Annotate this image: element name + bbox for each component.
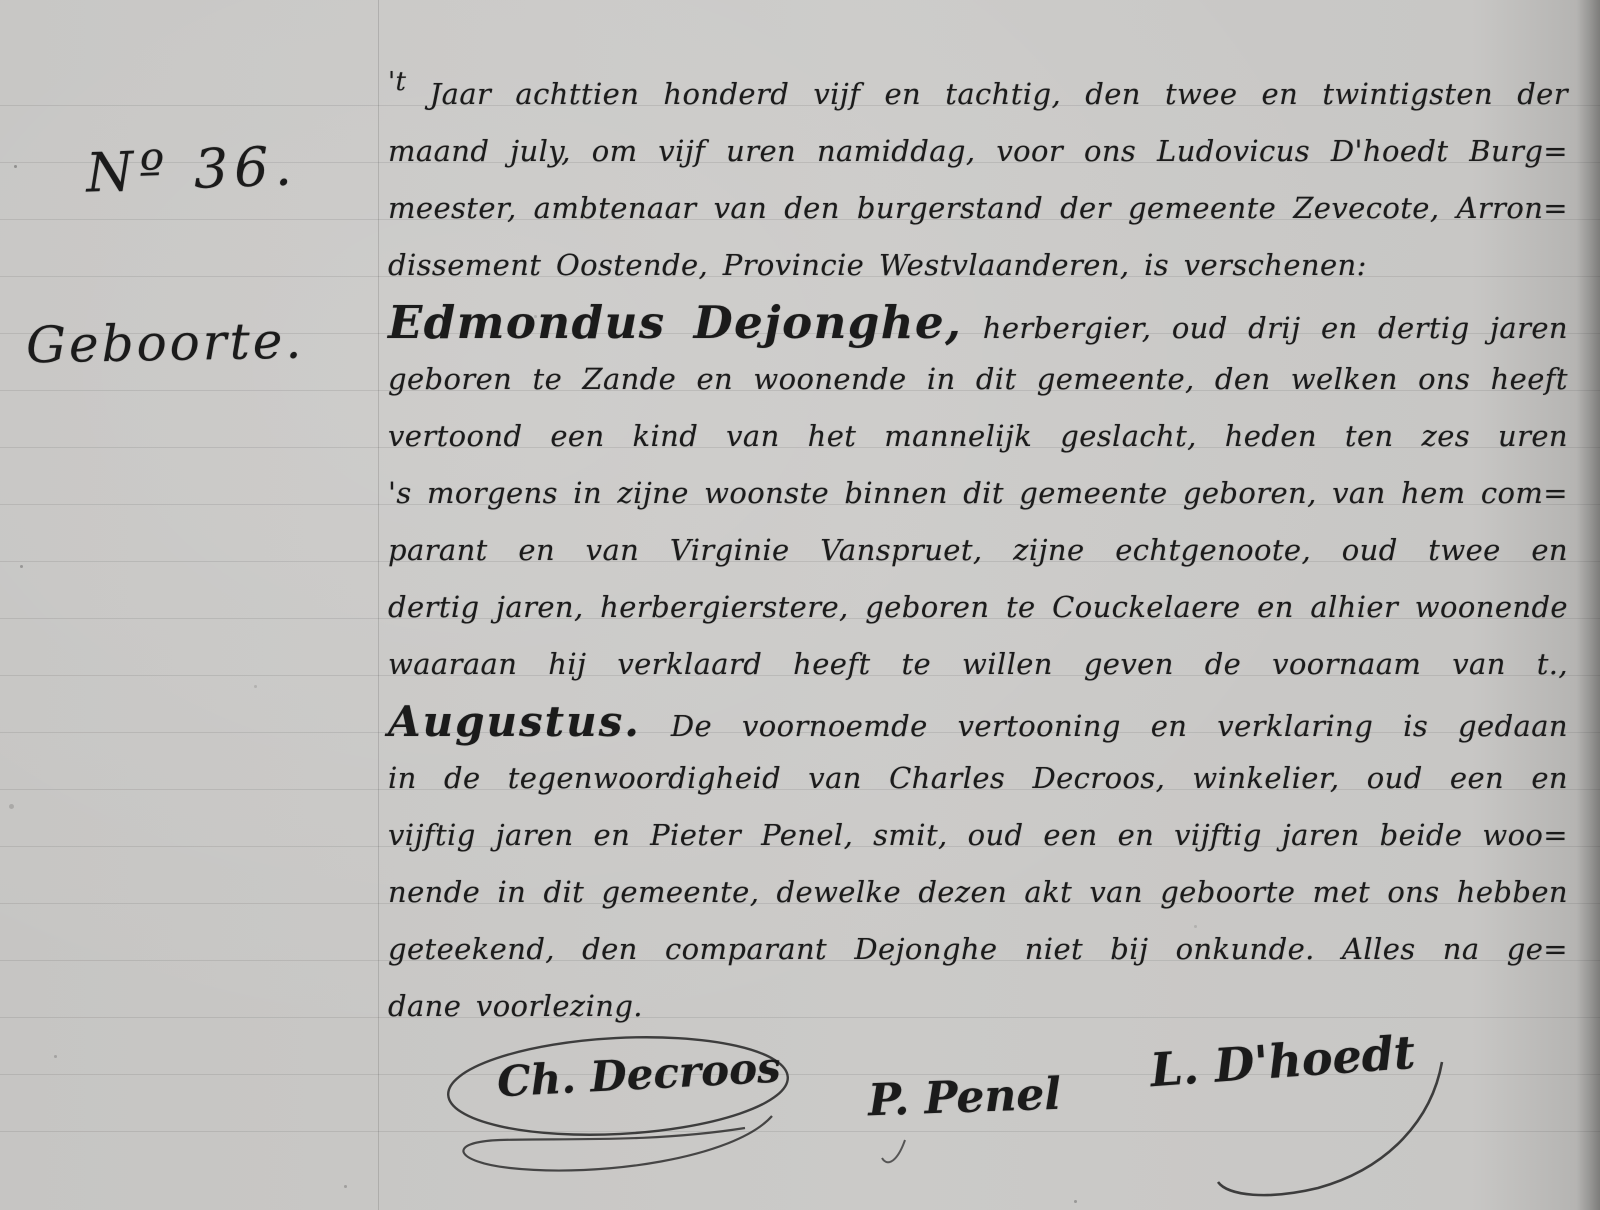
document-text-line-9: parant en van Virginie Vanspruet, zijne … — [388, 522, 1568, 579]
document-text-line-4: dissement Oostende, Provincie Westvlaand… — [388, 237, 1568, 294]
document-text-line-15: nende in dit gemeente, dewelke dezen akt… — [388, 864, 1568, 921]
signature-penel: P. Penel — [867, 1069, 1062, 1127]
text-segment: waaraan hij verklaard heeft te willen ge… — [388, 647, 1568, 681]
document-text-line-10: dertig jaren, herbergierstere, geboren t… — [388, 579, 1568, 636]
emphasized-text-segment: 't — [388, 67, 430, 97]
document-text-line-6: geboren te Zande en woonende in dit geme… — [388, 351, 1568, 408]
scanned-document-page: Nº 36. Geboorte. 't Jaar achttien honder… — [0, 0, 1600, 1210]
scan-edge-shadow — [1576, 0, 1600, 1210]
act-number-label: Nº 36. — [85, 134, 299, 204]
text-segment: dertig jaren, herbergierstere, geboren t… — [388, 590, 1568, 624]
text-segment: in de tegenwoordigheid van Charles Decro… — [388, 761, 1568, 795]
paper-specks — [14, 165, 17, 168]
document-text-line-5: Edmondus Dejonghe, herbergier, oud drij … — [388, 294, 1568, 357]
text-segment: herbergier, oud drij en dertig jaren — [962, 311, 1568, 345]
document-text-line-12: Augustus. De voornoemde vertooning en ve… — [388, 693, 1568, 755]
text-segment: De voornoemde vertooning en verklaring i… — [641, 709, 1568, 743]
document-text-line-8: 's morgens in zijne woonste binnen dit g… — [388, 465, 1568, 522]
text-segment: parant en van Virginie Vanspruet, zijne … — [388, 533, 1568, 567]
document-text-line-2: maand july, om vijf uren namiddag, voor … — [388, 123, 1568, 180]
document-text-line-13: in de tegenwoordigheid van Charles Decro… — [388, 750, 1568, 807]
text-segment: nende in dit gemeente, dewelke dezen akt… — [388, 875, 1568, 909]
text-segment: dane voorlezing. — [388, 989, 643, 1023]
emphasized-text-segment: Edmondus Dejonghe, — [388, 296, 962, 349]
document-text-line-11: waaraan hij verklaard heeft te willen ge… — [388, 636, 1568, 693]
document-text-line-16: geteekend, den comparant Dejonghe niet b… — [388, 921, 1568, 978]
document-text-line-7: vertoond een kind van het mannelijk gesl… — [388, 408, 1568, 465]
text-segment: Jaar achttien honderd vijf en tachtig, d… — [430, 77, 1568, 111]
document-text-line-14: vijftig jaren en Pieter Penel, smit, oud… — [388, 807, 1568, 864]
document-text-line-3: meester, ambtenaar van den burgerstand d… — [388, 180, 1568, 237]
text-segment: maand july, om vijf uren namiddag, voor … — [388, 134, 1568, 168]
text-segment: dissement Oostende, Provincie Westvlaand… — [388, 248, 1367, 282]
act-type-label: Geboorte. — [26, 312, 305, 375]
text-segment: geboren te Zande en woonende in dit geme… — [388, 362, 1568, 396]
margin-rule-line — [378, 0, 379, 1210]
text-segment: vertoond een kind van het mannelijk gesl… — [388, 419, 1568, 453]
text-segment: meester, ambtenaar van den burgerstand d… — [388, 191, 1568, 225]
emphasized-text-segment: Augustus. — [388, 697, 641, 746]
text-segment: 's morgens in zijne woonste binnen dit g… — [388, 476, 1568, 510]
text-segment: vijftig jaren en Pieter Penel, smit, oud… — [388, 818, 1568, 852]
document-text-line-1: 't Jaar achttien honderd vijf en tachtig… — [388, 66, 1568, 125]
text-segment: geteekend, den comparant Dejonghe niet b… — [388, 932, 1568, 966]
